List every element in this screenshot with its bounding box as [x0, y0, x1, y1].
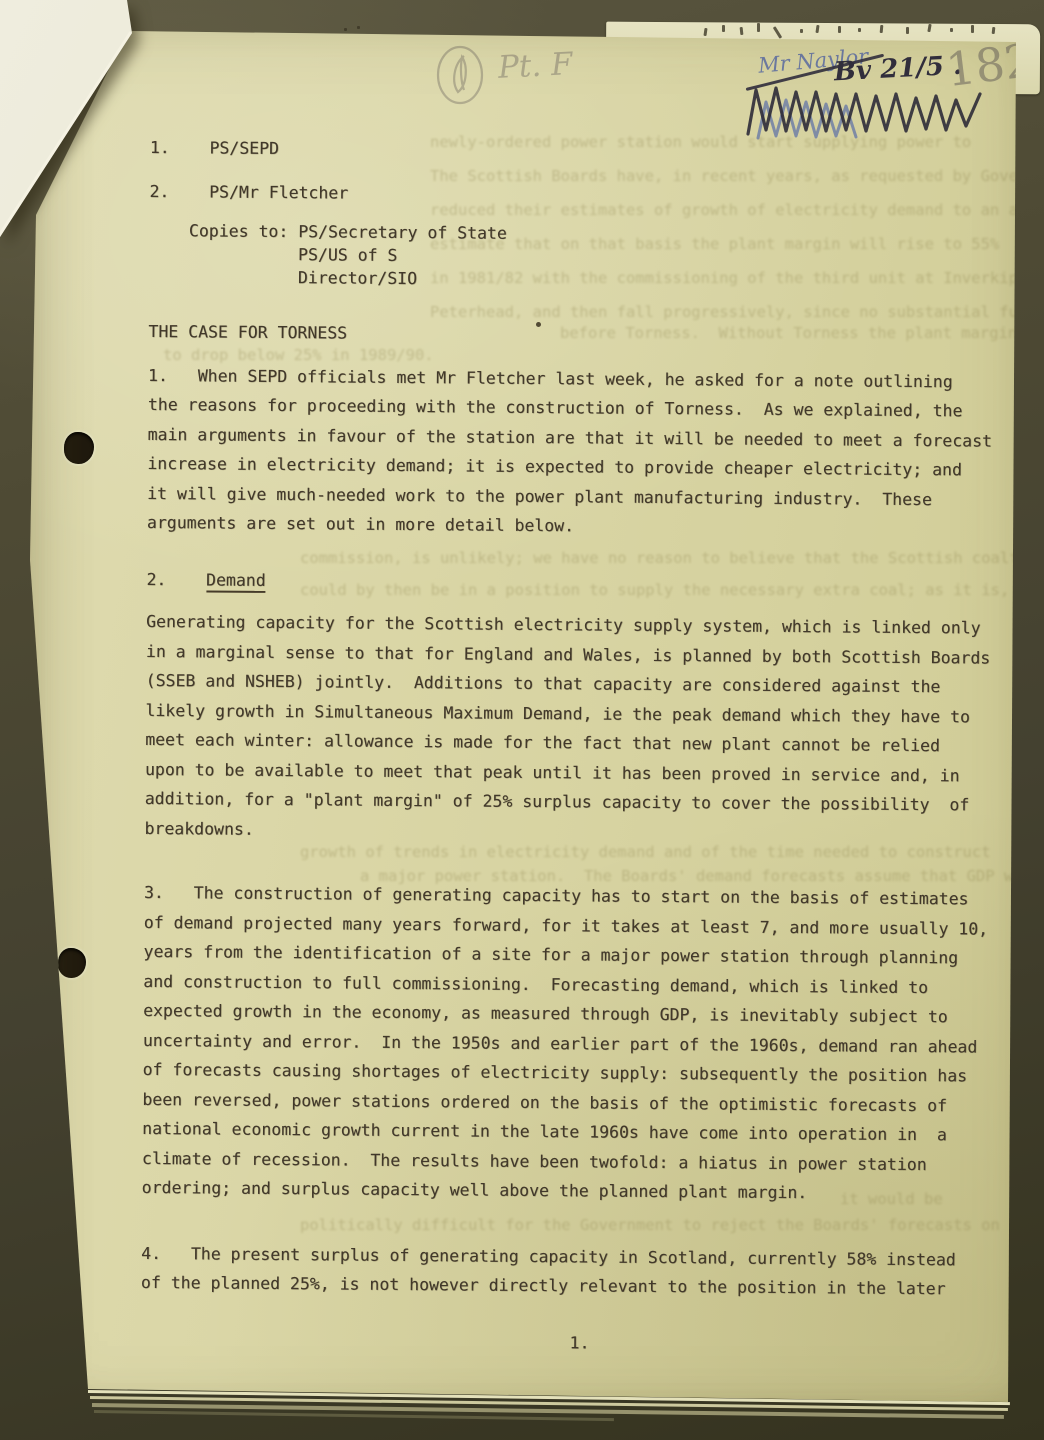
folded-corner-wrap [0, 0, 1044, 1440]
folded-corner-sheet [0, 0, 1044, 1440]
scanned-memo-document: newly-ordered power station would start … [0, 0, 1044, 1440]
